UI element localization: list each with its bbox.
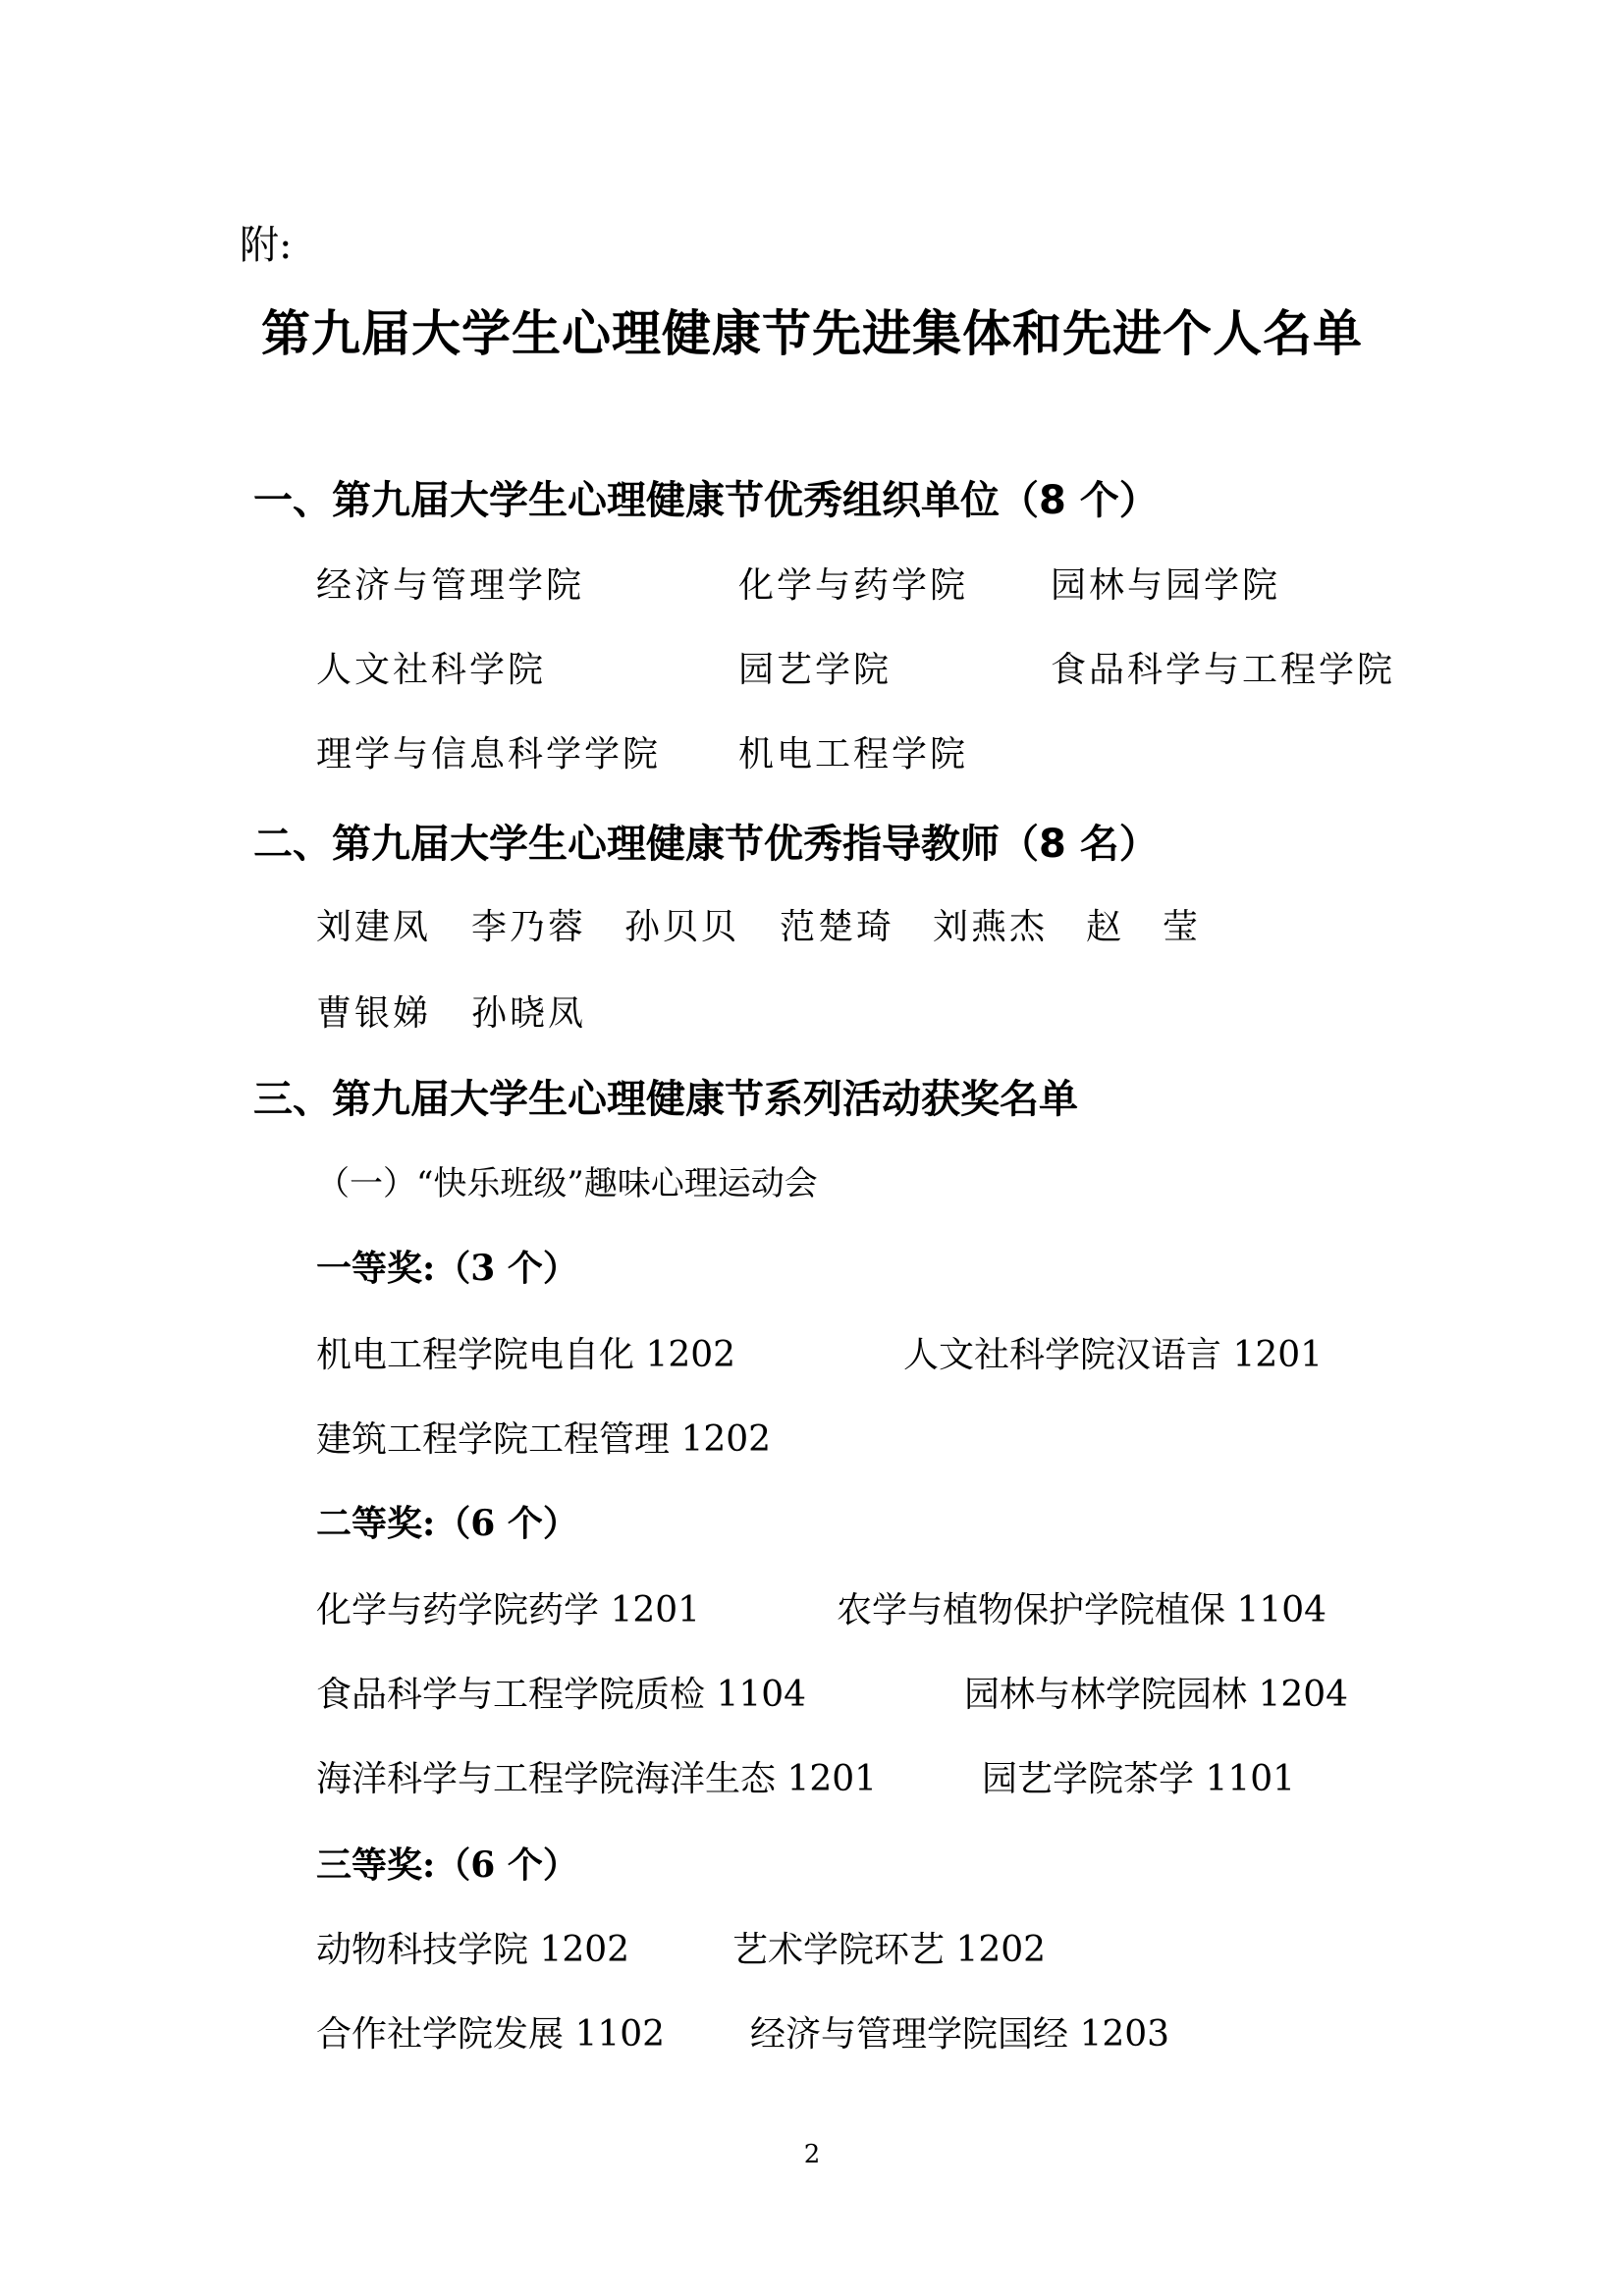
teacher-name: 范楚琦 <box>780 899 894 949</box>
award-entry: 合作社学院发展 1102 <box>316 2006 665 2056</box>
award-entry: 动物科技学院 1202 <box>316 1922 629 1972</box>
award-entry: 海洋科学与工程学院海洋生态 1201 <box>316 1751 877 1801</box>
award-entry: 食品科学与工程学院质检 1104 <box>316 1667 806 1717</box>
award-entry: 艺术学院环艺 1202 <box>732 1922 1046 1972</box>
award-entry: 人文社科学院汉语言 1201 <box>903 1327 1323 1377</box>
unit-item: 园林与园学院 <box>1051 558 1280 608</box>
award-entry: 园林与林学院园林 1204 <box>964 1667 1348 1717</box>
unit-item: 园艺学院 <box>738 642 892 692</box>
section3-heading: 三、第九届大学生心理健康节系列活动获奖名单 <box>253 1068 1078 1124</box>
unit-item: 机电工程学院 <box>738 726 968 776</box>
first-prize-label: 一等奖:（3 个） <box>316 1241 578 1291</box>
second-prize-label: 二等奖:（6 个） <box>316 1496 578 1546</box>
award-entry: 经济与管理学院国经 1203 <box>750 2006 1169 2056</box>
award-entry: 化学与药学院药学 1201 <box>316 1582 700 1632</box>
page-number: 2 <box>0 2140 1624 2169</box>
award-entry: 建筑工程学院工程管理 1202 <box>316 1412 771 1462</box>
third-prize-label: 三等奖:（6 个） <box>316 1838 578 1888</box>
section2-heading: 二、第九届大学生心理健康节优秀指导教师（8 名） <box>253 813 1159 869</box>
unit-item: 经济与管理学院 <box>316 558 584 608</box>
teacher-name: 曹银娣 <box>316 986 431 1036</box>
subsection-title: （一）“快乐班级”趣味心理运动会 <box>316 1156 818 1204</box>
teacher-name: 刘燕杰 <box>933 899 1048 949</box>
section1-heading: 一、第九届大学生心理健康节优秀组织单位（8 个） <box>253 469 1159 525</box>
award-entry: 机电工程学院电自化 1202 <box>316 1327 735 1377</box>
teacher-name: 刘建凤 <box>316 899 431 949</box>
award-entry: 农学与植物保护学院植保 1104 <box>837 1582 1326 1632</box>
unit-item: 化学与药学院 <box>738 558 968 608</box>
teacher-name: 赵 莹 <box>1086 899 1201 949</box>
attachment-label: 附: <box>240 214 292 270</box>
teacher-name: 孙晓凤 <box>471 986 586 1036</box>
unit-item: 食品科学与工程学院 <box>1051 642 1395 692</box>
teacher-name: 李乃蓉 <box>471 899 586 949</box>
document-title: 第九届大学生心理健康节先进集体和先进个人名单 <box>0 294 1624 365</box>
award-entry: 园艺学院茶学 1101 <box>982 1751 1295 1801</box>
unit-item: 理学与信息科学学院 <box>316 726 661 776</box>
teacher-name: 孙贝贝 <box>624 899 739 949</box>
unit-item: 人文社科学院 <box>316 642 546 692</box>
